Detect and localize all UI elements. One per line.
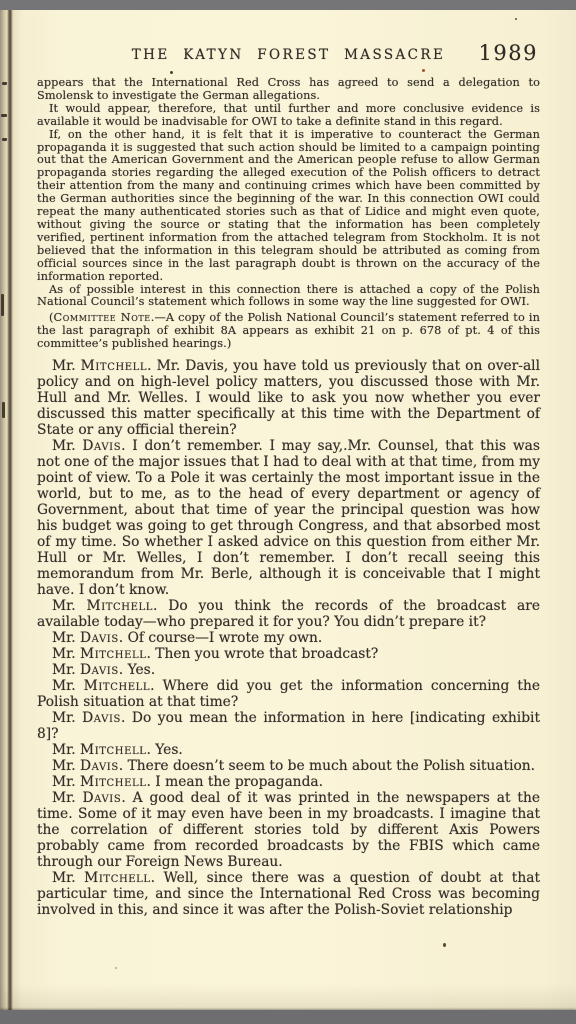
speaker-name: Davis xyxy=(80,758,119,774)
testimony-paragraph: Mr. Mitchell. Yes. xyxy=(37,742,540,758)
book-page: THE KATYN FOREST MASSACRE 1989 appears t… xyxy=(0,10,576,1010)
speaker-name: Mitchell xyxy=(81,358,148,374)
gutter-mark xyxy=(2,138,7,141)
extract-paragraph: appears that the International Red Cross… xyxy=(37,77,540,103)
note-lead: Committee Note xyxy=(54,311,151,324)
testimony-paragraph: Mr. Davis. Do you mean the information i… xyxy=(37,710,540,742)
page-number: 1989 xyxy=(479,41,538,65)
testimony-paragraph: Mr. Mitchell. Where did you get the info… xyxy=(37,678,540,710)
scanned-book-page: THE KATYN FOREST MASSACRE 1989 appears t… xyxy=(0,0,576,1024)
extract-paragraph: If, on the other hand, it is felt that i… xyxy=(37,129,540,284)
testimony-paragraph: Mr. Mitchell. Well, since there was a qu… xyxy=(37,870,540,918)
speaker-name: Davis xyxy=(82,710,121,726)
speaker-name: Mitchell xyxy=(84,678,151,694)
page-content: appears that the International Red Cross… xyxy=(37,77,540,918)
gutter-mark xyxy=(2,402,5,418)
speaker-name: Davis xyxy=(82,438,121,454)
testimony-paragraph: Mr. Davis. There doesn’t seem to be much… xyxy=(37,758,540,774)
testimony-paragraph: Mr. Mitchell. Then you wrote that broadc… xyxy=(37,646,540,662)
extract-paragraph: As of possible interest in this connecti… xyxy=(37,284,540,310)
committee-note: (Committee Note.—A copy of the Polish Na… xyxy=(37,312,540,351)
speaker-name: Davis xyxy=(83,790,122,806)
gutter-mark xyxy=(2,82,7,85)
testimony-paragraph: Mr. Davis. A good deal of it was printed… xyxy=(37,790,540,870)
speaker-name: Davis xyxy=(80,662,119,678)
scan-speck xyxy=(170,71,173,74)
speaker-name: Mitchell xyxy=(80,742,147,758)
extract-paragraph: It would appear, therefore, that until f… xyxy=(37,103,540,129)
running-title: THE KATYN FOREST MASSACRE xyxy=(37,42,540,63)
speaker-name: Mitchell xyxy=(86,598,153,614)
testimony-paragraph: Mr. Mitchell. I mean the propaganda. xyxy=(37,774,540,790)
testimony-paragraph: Mr. Mitchell. Mr. Davis, you have told u… xyxy=(37,358,540,438)
gutter-mark xyxy=(1,114,7,117)
speaker-name: Davis xyxy=(80,630,119,646)
testimony-paragraph: Mr. Davis. I don’t remember. I may say,.… xyxy=(37,438,540,598)
scanner-edge-top xyxy=(0,0,576,10)
testimony-paragraph: Mr. Davis. Of course—I wrote my own. xyxy=(37,630,540,646)
scanner-edge-bottom xyxy=(0,1010,576,1024)
testimony-paragraph: Mr. Davis. Yes. xyxy=(37,662,540,678)
scan-speck xyxy=(443,943,446,947)
gutter-mark xyxy=(1,294,4,316)
testimony-paragraph: Mr. Mitchell. Do you think the records o… xyxy=(37,598,540,630)
speaker-name: Mitchell xyxy=(84,870,151,886)
speaker-name: Mitchell xyxy=(80,646,147,662)
scan-speck xyxy=(115,967,117,969)
speaker-name: Mitchell xyxy=(80,774,147,790)
scan-speck xyxy=(422,69,425,72)
scan-speck xyxy=(515,18,517,20)
page-header: THE KATYN FOREST MASSACRE 1989 xyxy=(37,42,540,72)
